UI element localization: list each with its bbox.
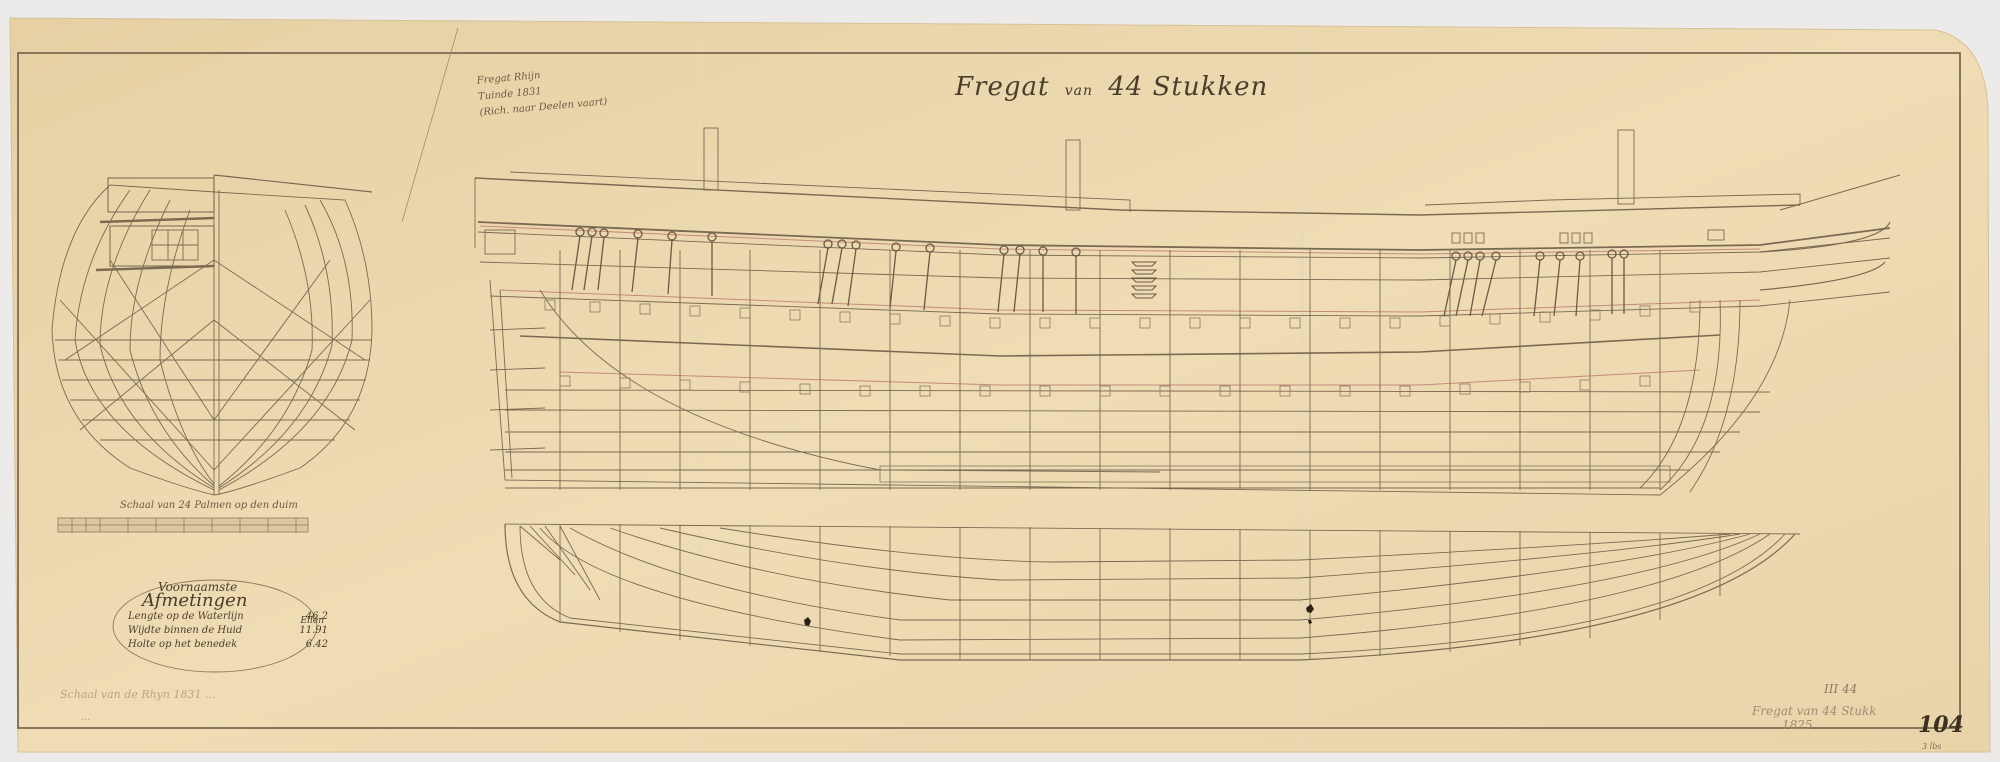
title-number: 44	[1108, 72, 1143, 102]
sheet-subnote: 3 lbs	[1922, 742, 1941, 751]
title-suffix: Stukken	[1153, 72, 1269, 102]
title-prefix: Fregat	[955, 72, 1049, 102]
dimension-row: Wijdte binnen de Huid 11.91	[128, 624, 328, 638]
cartouche-unit: Ellen	[301, 614, 324, 628]
scale-bar	[58, 518, 308, 532]
archive-note-line: Fregat van 44 Stukk	[1752, 704, 1877, 718]
sheet-number: 104	[1918, 712, 1964, 738]
dimension-row: Lengte op de Waterlijn 46.2	[128, 610, 328, 624]
archive-note: Fregat van 44 Stukk 1825	[1752, 704, 1877, 732]
dimension-label: Wijdte binnen de Huid	[128, 624, 242, 638]
title-connector: van	[1065, 83, 1093, 99]
faint-pencil-note: Schaal van de Rhyn 1831 ...	[60, 688, 215, 701]
scale-label: Schaal van 24 Palmen op den duim	[120, 500, 298, 511]
cartouche-heading-large: Afmetingen	[128, 594, 328, 608]
archive-reference: III 44	[1824, 682, 1857, 696]
dimension-value: 6.42	[306, 638, 328, 652]
drawing-title: Fregat van 44 Stukken	[955, 72, 1268, 102]
dimensions-cartouche: Voornaamste Afmetingen Ellen Lengte op d…	[128, 580, 328, 652]
archive-note-line: 1825	[1752, 718, 1877, 732]
dimension-label: Lengte op de Waterlijn	[128, 610, 244, 624]
dimension-label: Holte op het benedek	[128, 638, 237, 652]
dimension-row: Holte op het benedek 6.42	[128, 638, 328, 652]
faint-pencil-note: ...	[80, 710, 91, 723]
